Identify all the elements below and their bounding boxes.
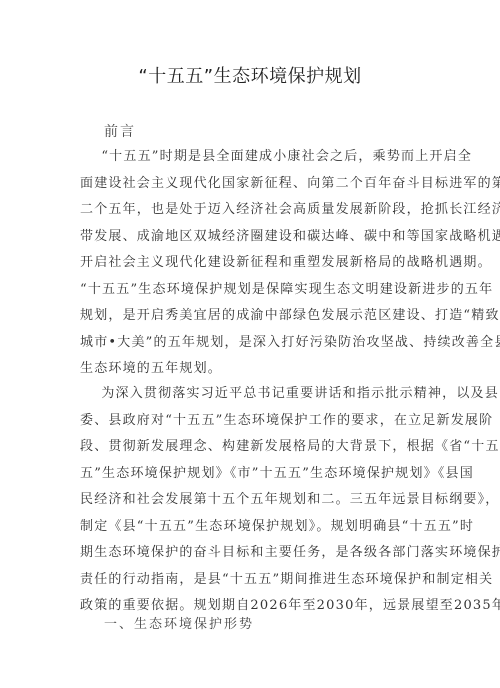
paragraph-1: “十五五”时期是县全面建成小康社会之后，乘势而上开启全 面建设社会主义现代化国家… <box>80 144 432 383</box>
paragraph-2: 为深入贯彻落实习近平总书记重要讲话和指示批示精神，以及县 委、县政府对“十五五”… <box>80 381 432 620</box>
text-line: 责任的行动指南，是县“十五五”期间推进生态环境保护和制定相关 <box>80 567 432 594</box>
text-line: 面建设社会主义现代化国家新征程、向第二个百年奋斗目标进军的第 <box>80 171 432 198</box>
text-line: 为深入贯彻落实习近平总书记重要讲话和指示批示精神，以及县 <box>80 381 432 408</box>
document-page: “十五五”生态环境保护规划 前言 “十五五”时期是县全面建成小康社会之后，乘势而… <box>0 0 500 688</box>
text-line: 规划，是开启秀美宜居的成渝中部绿色发展示范区建设、打造“精致 <box>80 303 432 330</box>
text-line: 五”生态环境保护规划》《市”十五五”生态环境保护规划》《县国 <box>80 461 432 488</box>
section-heading: 一、生态环境保护形势 <box>104 613 254 632</box>
text-line: 期生态环境保护的奋斗目标和主要任务，是各级各部门落实环境保护 <box>80 540 432 567</box>
text-line: 制定《县“十五五”生态环境保护规划》。规划明确县“十五五”时 <box>80 514 432 541</box>
text-line: 城市•大美”的五年规划，是深入打好污染防治攻坚战、持续改善全县 <box>80 330 432 357</box>
text-line: 开启社会主义现代化建设新征程和重塑发展新格局的战略机遇期。 <box>80 250 432 277</box>
text-line: “十五五”时期是县全面建成小康社会之后，乘势而上开启全 <box>80 144 432 171</box>
text-line: 民经济和社会发展第十五个五年规划和二。三五年远景目标纲要》， <box>80 487 432 514</box>
text-line: 段、贯彻新发展理念、构建新发展格局的大背景下，根据《省“十五 <box>80 434 432 461</box>
text-line: 生态环境的五年规划。 <box>80 356 432 383</box>
text-line: 二个五年，也是处于迈入经济社会高质量发展新阶段，抢抓长江经济 <box>80 197 432 224</box>
text-line: “十五五”生态环境保护规划是保障实现生态文明建设新进步的五年 <box>80 277 432 304</box>
document-title: “十五五”生态环境保护规划 <box>0 62 500 88</box>
text-line: 带发展、成渝地区双城经济圈建设和碳达峰、碳中和等国家战略机遇， <box>80 224 432 251</box>
text-line: 委、县政府对“十五五”生态环境保护工作的要求，在立足新发展阶 <box>80 408 432 435</box>
preface-heading: 前言 <box>104 121 136 141</box>
